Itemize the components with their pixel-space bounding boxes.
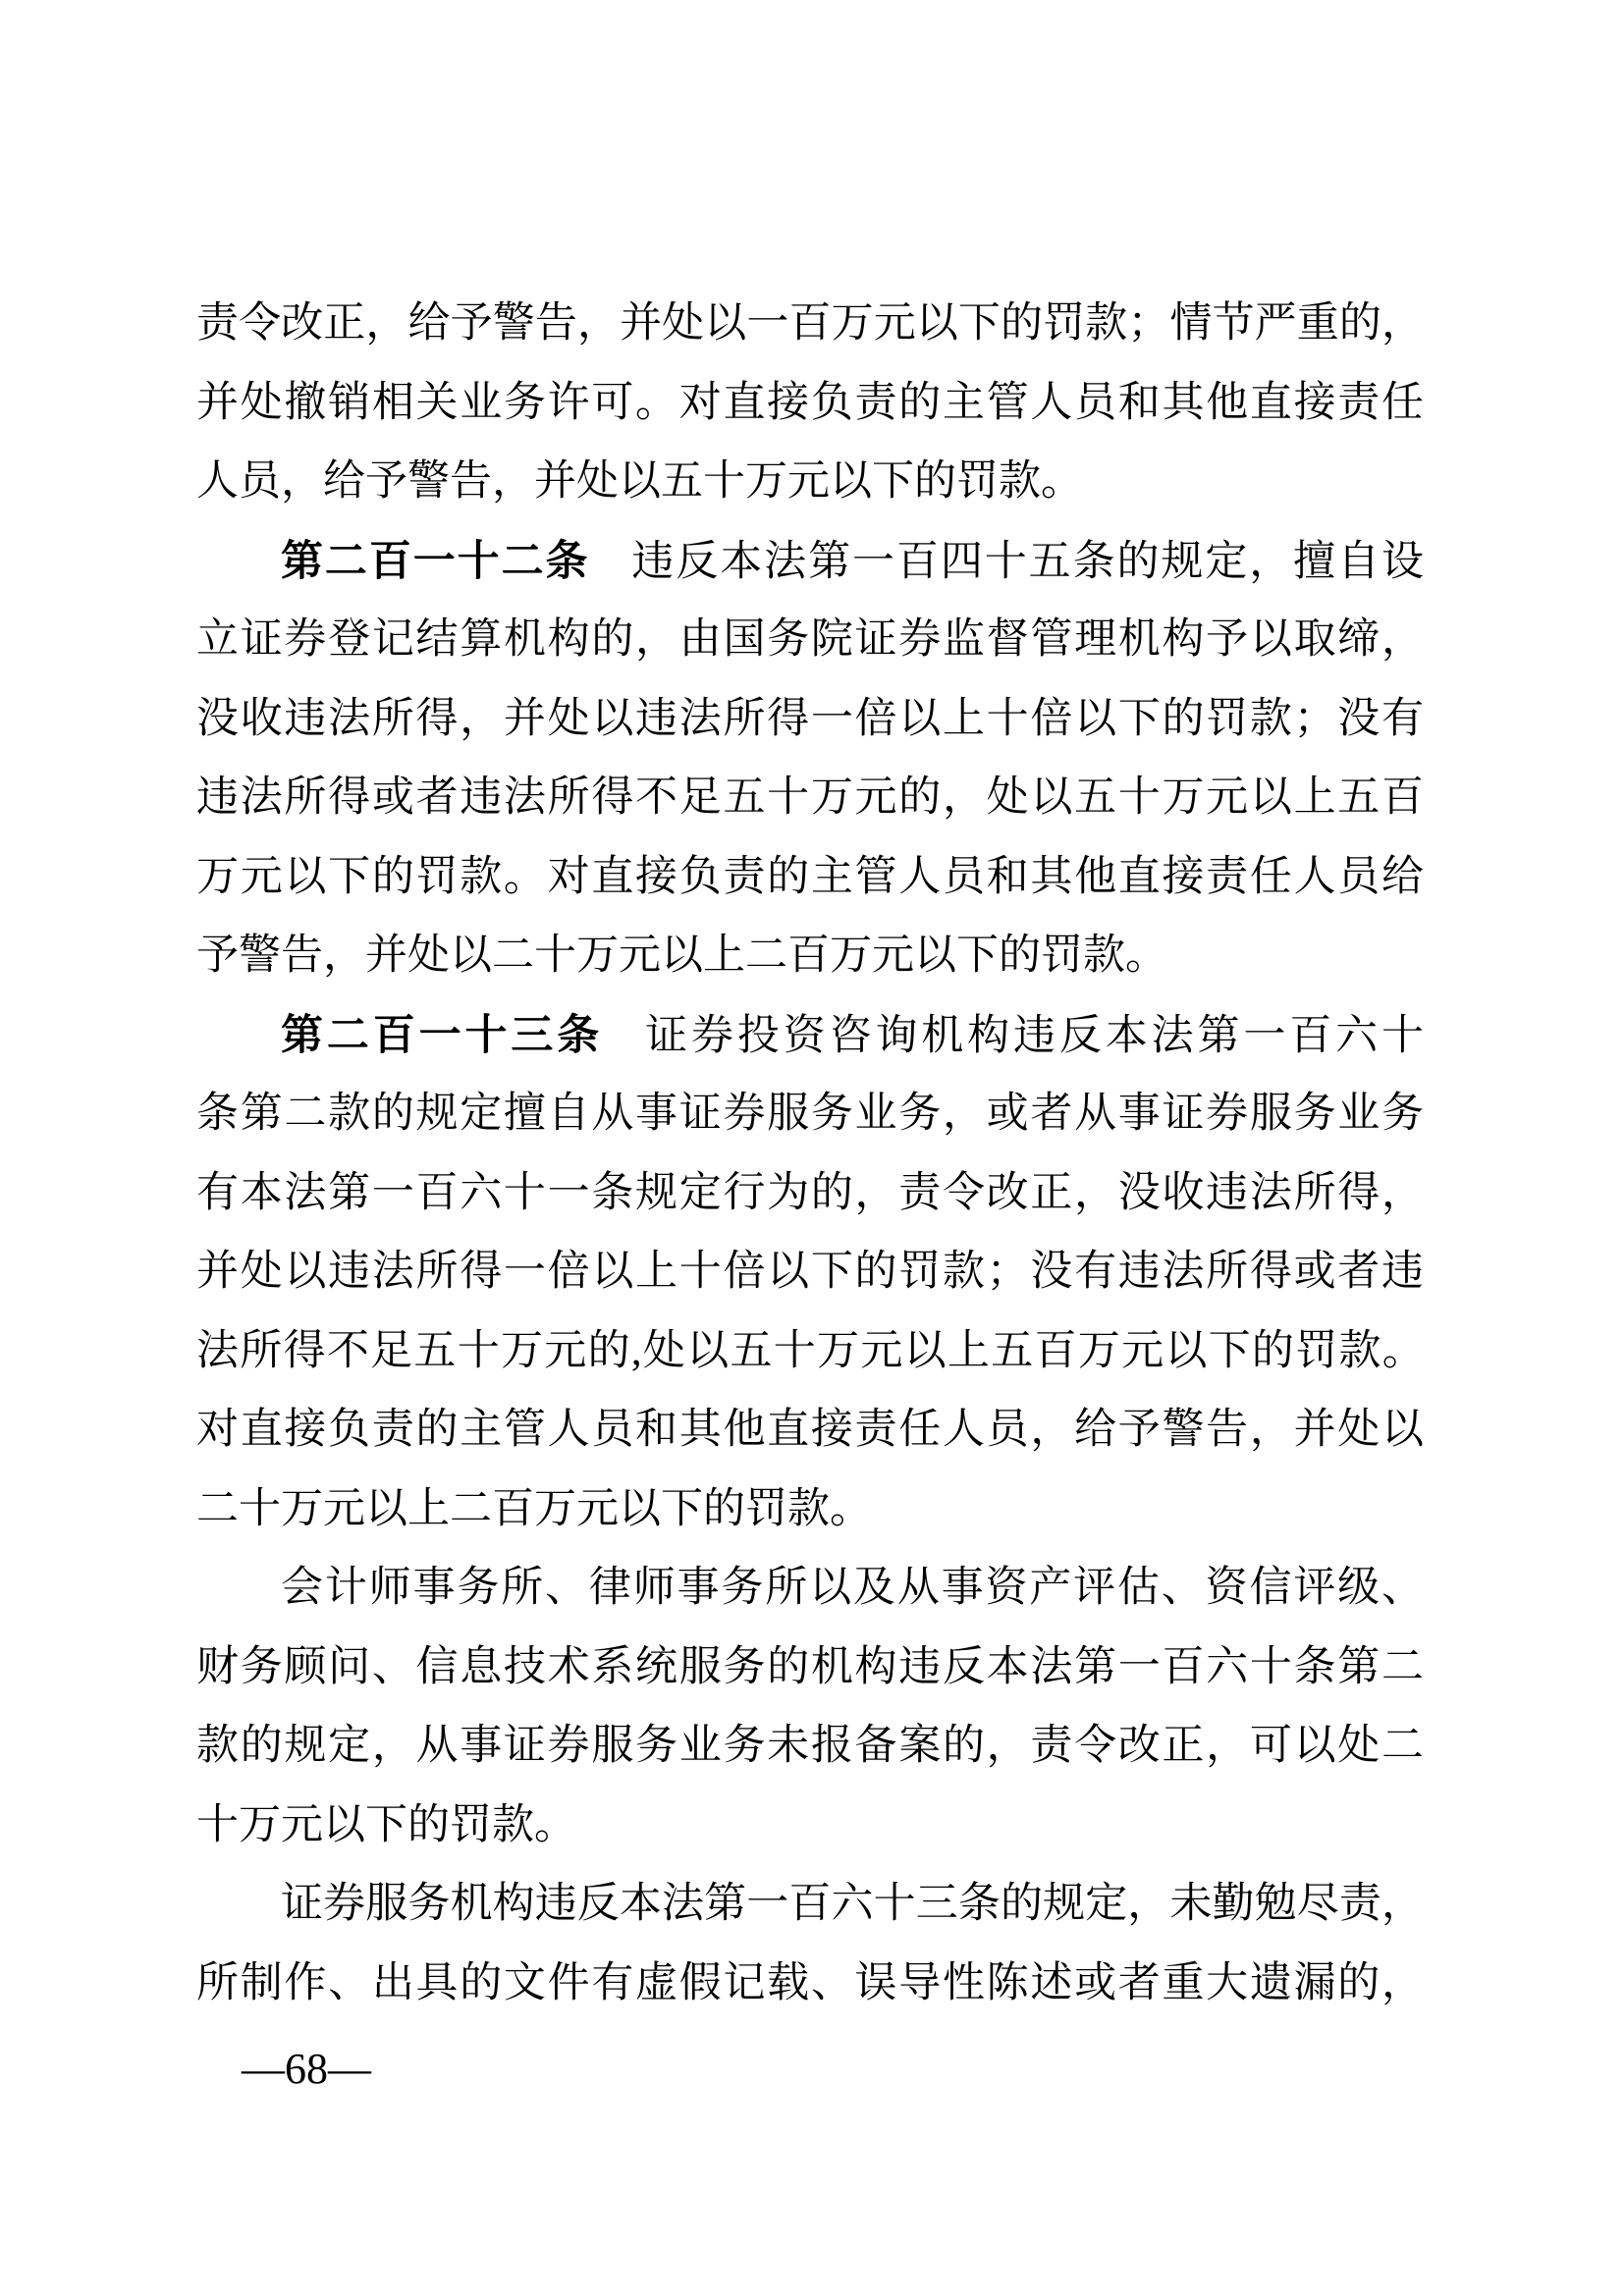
line-text: 十万元以下的罚款。 bbox=[196, 1802, 576, 1848]
text-line: 条第二款的规定擅自从事证券服务业务，或者从事证券服务业务 bbox=[196, 1075, 1424, 1154]
text-line: 法所得不足五十万元的,处以五十万元以上五百万元以下的罚款。 bbox=[196, 1312, 1424, 1392]
text-line: 所制作、出具的文件有虚假记载、误导性陈述或者重大遗漏的， bbox=[196, 1945, 1424, 2024]
article-number-heading: 第二百一十二条 bbox=[281, 538, 589, 585]
text-line: 财务顾问、信息技术系统服务的机构违反本法第一百六十条第二 bbox=[196, 1629, 1424, 1708]
text-line: 并处撤销相关业务许可。对直接负责的主管人员和其他直接责任 bbox=[196, 364, 1424, 444]
line-text: 责令改正，给予警告，并处以一百万元以下的罚款；情节严重的， bbox=[196, 300, 1424, 347]
text-line: 没收违法所得，并处以违法所得一倍以上十倍以下的罚款；没有 bbox=[196, 680, 1424, 760]
paragraph-end-line: 二十万元以上二百万元以下的罚款。 bbox=[196, 1470, 1424, 1550]
line-text: 会计师事务所、律师事务所以及从事资产评估、资信评级、 bbox=[281, 1565, 1424, 1611]
line-text: 予警告，并处以二十万元以上二百万元以下的罚款。 bbox=[196, 933, 1167, 979]
paragraph-start-line: 会计师事务所、律师事务所以及从事资产评估、资信评级、 bbox=[196, 1549, 1424, 1629]
line-text: 法所得不足五十万元的,处以五十万元以上五百万元以下的罚款。 bbox=[196, 1328, 1424, 1374]
line-text: 并处以违法所得一倍以上十倍以下的罚款；没有违法所得或者违 bbox=[196, 1249, 1424, 1295]
paragraph-end-line: 十万元以下的罚款。 bbox=[196, 1787, 1424, 1866]
text-block: 责令改正，给予警告，并处以一百万元以下的罚款；情节严重的， 并处撤销相关业务许可… bbox=[196, 285, 1424, 2023]
paragraph-end-line: 予警告，并处以二十万元以上二百万元以下的罚款。 bbox=[196, 917, 1424, 996]
line-text: 人员，给予警告，并处以五十万元以下的罚款。 bbox=[196, 458, 1083, 505]
line-text: 立证券登记结算机构的，由国务院证券监督管理机构予以取缔， bbox=[196, 616, 1424, 663]
text-line: 并处以违法所得一倍以上十倍以下的罚款；没有违法所得或者违 bbox=[196, 1233, 1424, 1312]
text-line: 万元以下的罚款。对直接负责的主管人员和其他直接责任人员给 bbox=[196, 838, 1424, 918]
paragraph-start-line: 证券服务机构违反本法第一百六十三条的规定，未勤勉尽责， bbox=[196, 1865, 1424, 1945]
text-line: 对直接负责的主管人员和其他直接责任人员，给予警告，并处以 bbox=[196, 1391, 1424, 1470]
line-text: 证券服务机构违反本法第一百六十三条的规定，未勤勉尽责， bbox=[281, 1881, 1424, 1927]
paragraph-end-line: 人员，给予警告，并处以五十万元以下的罚款。 bbox=[196, 443, 1424, 522]
paragraph-start-line: 第二百一十二条违反本法第一百四十五条的规定，擅自设 bbox=[196, 522, 1424, 602]
line-text: 证券投资咨询机构违反本法第一百六十 bbox=[645, 1013, 1424, 1059]
line-text: 二十万元以上二百万元以下的罚款。 bbox=[196, 1486, 872, 1532]
line-text: 财务顾问、信息技术系统服务的机构违反本法第一百六十条第二 bbox=[196, 1644, 1424, 1690]
text-line: 责令改正，给予警告，并处以一百万元以下的罚款；情节严重的， bbox=[196, 285, 1424, 364]
article-number-heading: 第二百一十三条 bbox=[281, 1012, 603, 1059]
line-text: 并处撤销相关业务许可。对直接负责的主管人员和其他直接责任 bbox=[196, 380, 1424, 426]
line-text: 所制作、出具的文件有虚假记载、误导性陈述或者重大遗漏的， bbox=[196, 1960, 1424, 2006]
line-text: 条第二款的规定擅自从事证券服务业务，或者从事证券服务业务 bbox=[196, 1091, 1424, 1137]
line-text: 有本法第一百六十一条规定行为的，责令改正，没收违法所得， bbox=[196, 1170, 1424, 1216]
line-text: 万元以下的罚款。对直接负责的主管人员和其他直接责任人员给 bbox=[196, 854, 1424, 900]
text-line: 立证券登记结算机构的，由国务院证券监督管理机构予以取缔， bbox=[196, 601, 1424, 680]
line-text: 款的规定，从事证券服务业务未报备案的，责令改正，可以处二 bbox=[196, 1723, 1424, 1769]
document-page: 责令改正，给予警告，并处以一百万元以下的罚款；情节严重的， 并处撤销相关业务许可… bbox=[0, 0, 1624, 2296]
paragraph-start-line: 第二百一十三条证券投资咨询机构违反本法第一百六十 bbox=[196, 996, 1424, 1076]
line-text: 违法所得或者违法所得不足五十万元的，处以五十万元以上五百 bbox=[196, 774, 1424, 821]
page-number: —68— bbox=[242, 2048, 371, 2091]
line-text: 对直接负责的主管人员和其他直接责任人员，给予警告，并处以 bbox=[196, 1407, 1424, 1453]
line-text: 没收违法所得，并处以违法所得一倍以上十倍以下的罚款；没有 bbox=[196, 696, 1424, 742]
line-text: 违反本法第一百四十五条的规定，擅自设 bbox=[631, 539, 1424, 585]
text-line: 有本法第一百六十一条规定行为的，责令改正，没收违法所得， bbox=[196, 1154, 1424, 1234]
text-line: 款的规定，从事证券服务业务未报备案的，责令改正，可以处二 bbox=[196, 1707, 1424, 1787]
text-line: 违法所得或者违法所得不足五十万元的，处以五十万元以上五百 bbox=[196, 759, 1424, 838]
